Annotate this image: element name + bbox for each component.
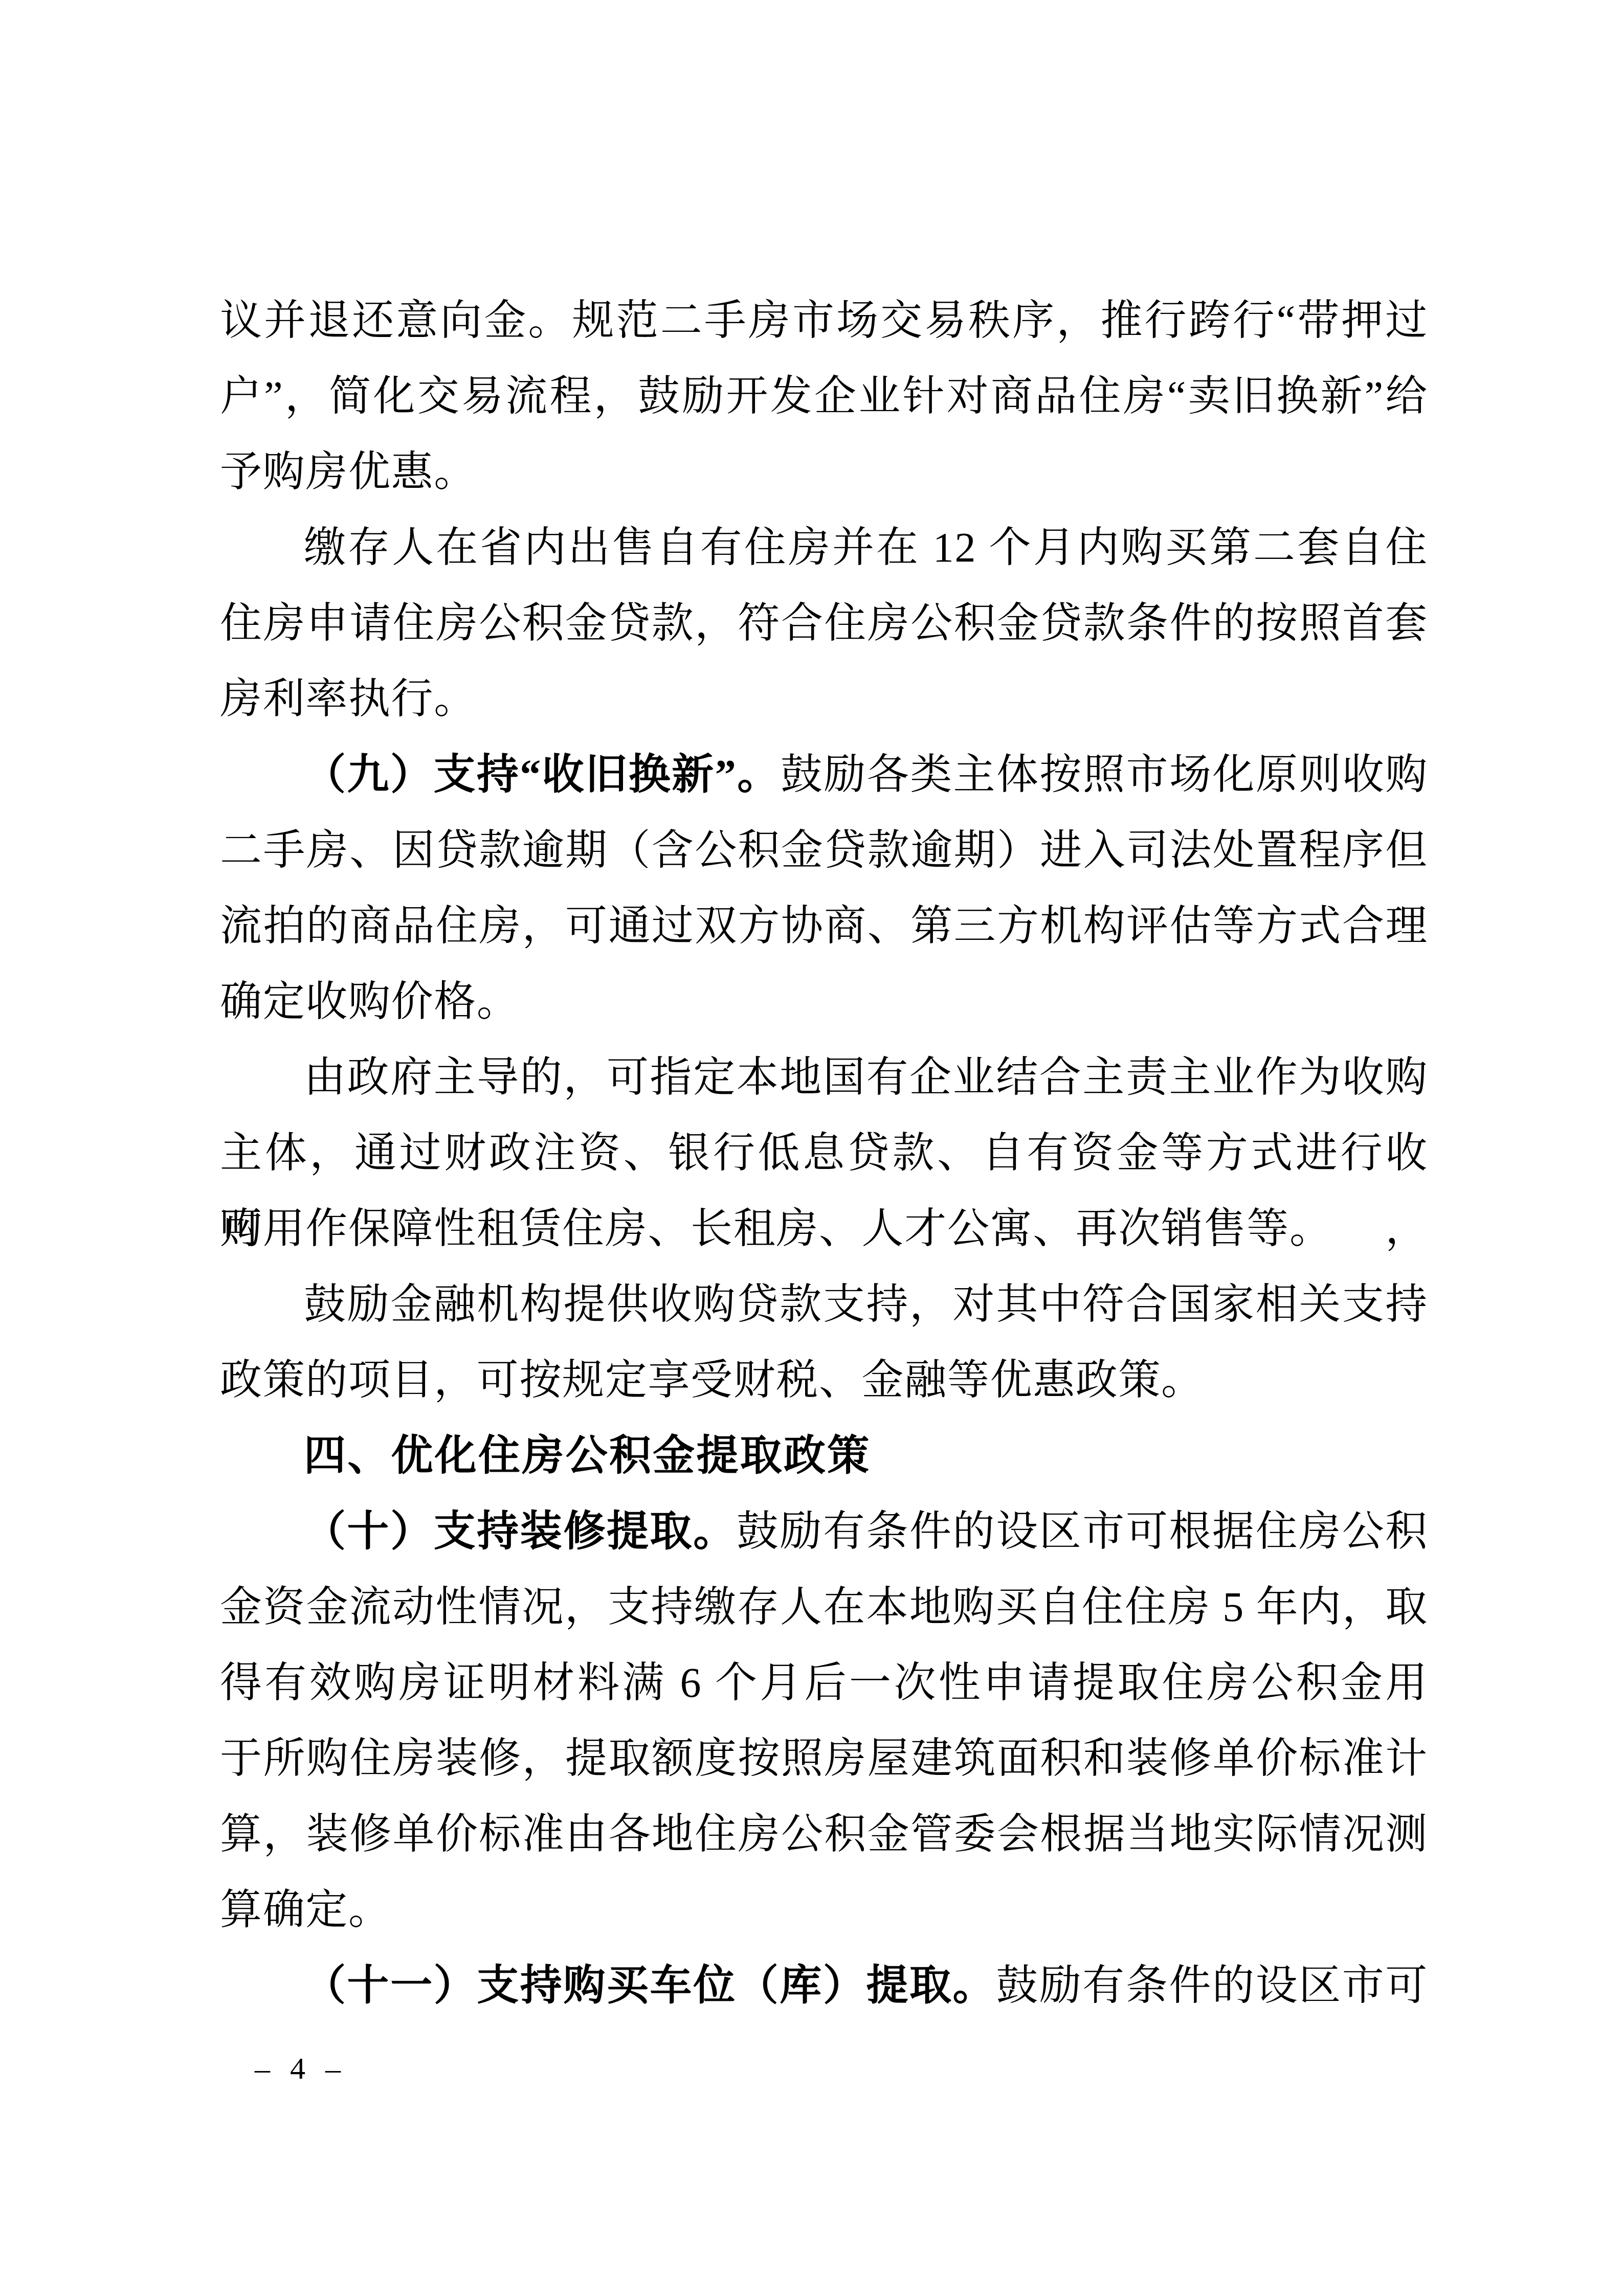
text-line: （十一）支持购买车位（库）提取。鼓励有条件的设区市可: [220, 1948, 1428, 2023]
line-text: 由政府主导的，可指定本地国有企业结合主责主业作为收购: [304, 1054, 1428, 1100]
paragraph-run-in-heading: （十）支持装修提取。: [304, 1508, 737, 1555]
text-line: 主体，通过财政注资、银行低息贷款、自有资金等方式进行收购，: [220, 1115, 1428, 1191]
text-line: 可用作保障性租赁住房、长租房、人才公寓、再次销售等。: [220, 1191, 1428, 1267]
page-number: – 4 –: [255, 2048, 347, 2089]
line-text: 房利率执行。: [220, 676, 477, 722]
text-line: （十）支持装修提取。鼓励有条件的设区市可根据住房公积: [220, 1494, 1428, 1569]
text-line: 政策的项目，可按规定享受财税、金融等优惠政策。: [220, 1342, 1428, 1418]
text-line: 予购房优惠。: [220, 434, 1428, 510]
text-line: 得有效购房证明材料满 6 个月后一次性申请提取住房公积金用: [220, 1645, 1428, 1721]
text-line: 缴存人在省内出售自有住房并在 12 个月内购买第二套自住: [220, 510, 1428, 586]
line-text: 鼓励各类主体按照市场化原则收购: [781, 751, 1428, 798]
text-line: 议并退还意向金。规范二手房市场交易秩序，推行跨行“带押过: [220, 283, 1428, 358]
line-text: 鼓励有条件的设区市可: [996, 1962, 1428, 2009]
text-line: 流拍的商品住房，可通过双方协商、第三方机构评估等方式合理: [220, 888, 1428, 964]
line-text: 可用作保障性租赁住房、长租房、人才公寓、再次销售等。: [220, 1205, 1332, 1252]
line-text: 予购房优惠。: [220, 448, 477, 495]
line-text: 确定收购价格。: [220, 978, 519, 1025]
document-text-block: 议并退还意向金。规范二手房市场交易秩序，推行跨行“带押过 户”，简化交易流程，鼓…: [220, 283, 1428, 2023]
text-line: 算确定。: [220, 1872, 1428, 1948]
line-text: 算，装修单价标准由各地住房公积金管委会根据当地实际情况测: [220, 1811, 1428, 1857]
text-line: 确定收购价格。: [220, 964, 1428, 1040]
line-text: 得有效购房证明材料满 6 个月后一次性申请提取住房公积金用: [220, 1659, 1428, 1706]
text-line: 由政府主导的，可指定本地国有企业结合主责主业作为收购: [220, 1040, 1428, 1115]
line-text: 住房申请住房公积金贷款，符合住房公积金贷款条件的按照首套: [220, 600, 1428, 646]
text-line: 房利率执行。: [220, 661, 1428, 737]
paragraph-run-in-heading: （十一）支持购买车位（库）提取。: [304, 1962, 996, 2009]
document-page: 议并退还意向金。规范二手房市场交易秩序，推行跨行“带押过 户”，简化交易流程，鼓…: [0, 0, 1624, 2296]
section-heading: 四、优化住房公积金提取政策: [220, 1418, 1428, 1494]
text-line: 于所购住房装修，提取额度按照房屋建筑面积和装修单价标准计: [220, 1721, 1428, 1796]
text-line: 户”，简化交易流程，鼓励开发企业针对商品住房“卖旧换新”给: [220, 358, 1428, 434]
line-text: 鼓励有条件的设区市可根据住房公积: [737, 1508, 1428, 1555]
line-text: 政策的项目，可按规定享受财税、金融等优惠政策。: [220, 1357, 1204, 1403]
text-line: 鼓励金融机构提供收购贷款支持，对其中符合国家相关支持: [220, 1267, 1428, 1342]
line-text: 鼓励金融机构提供收购贷款支持，对其中符合国家相关支持: [304, 1281, 1428, 1327]
line-text: 户”，简化交易流程，鼓励开发企业针对商品住房“卖旧换新”给: [220, 373, 1428, 419]
line-text: 于所购住房装修，提取额度按照房屋建筑面积和装修单价标准计: [220, 1735, 1428, 1782]
line-text: 缴存人在省内出售自有住房并在 12 个月内购买第二套自住: [304, 524, 1428, 571]
text-line: （九）支持“收旧换新”。鼓励各类主体按照市场化原则收购: [220, 737, 1428, 813]
section-heading-text: 四、优化住房公积金提取政策: [304, 1432, 871, 1479]
text-line: 金资金流动性情况，支持缴存人在本地购买自住住房 5 年内，取: [220, 1569, 1428, 1645]
paragraph-run-in-heading: （九）支持“收旧换新”。: [304, 751, 781, 798]
line-text: 流拍的商品住房，可通过双方协商、第三方机构评估等方式合理: [220, 903, 1428, 949]
line-text: 议并退还意向金。规范二手房市场交易秩序，推行跨行“带押过: [220, 297, 1428, 344]
line-text: 算确定。: [220, 1886, 391, 1933]
line-text: 二手房、因贷款逾期（含公积金贷款逾期）进入司法处置程序但: [220, 827, 1428, 873]
line-text: 金资金流动性情况，支持缴存人在本地购买自住住房 5 年内，取: [220, 1584, 1428, 1630]
text-line: 算，装修单价标准由各地住房公积金管委会根据当地实际情况测: [220, 1796, 1428, 1872]
text-line: 二手房、因贷款逾期（含公积金贷款逾期）进入司法处置程序但: [220, 813, 1428, 888]
text-line: 住房申请住房公积金贷款，符合住房公积金贷款条件的按照首套: [220, 586, 1428, 661]
